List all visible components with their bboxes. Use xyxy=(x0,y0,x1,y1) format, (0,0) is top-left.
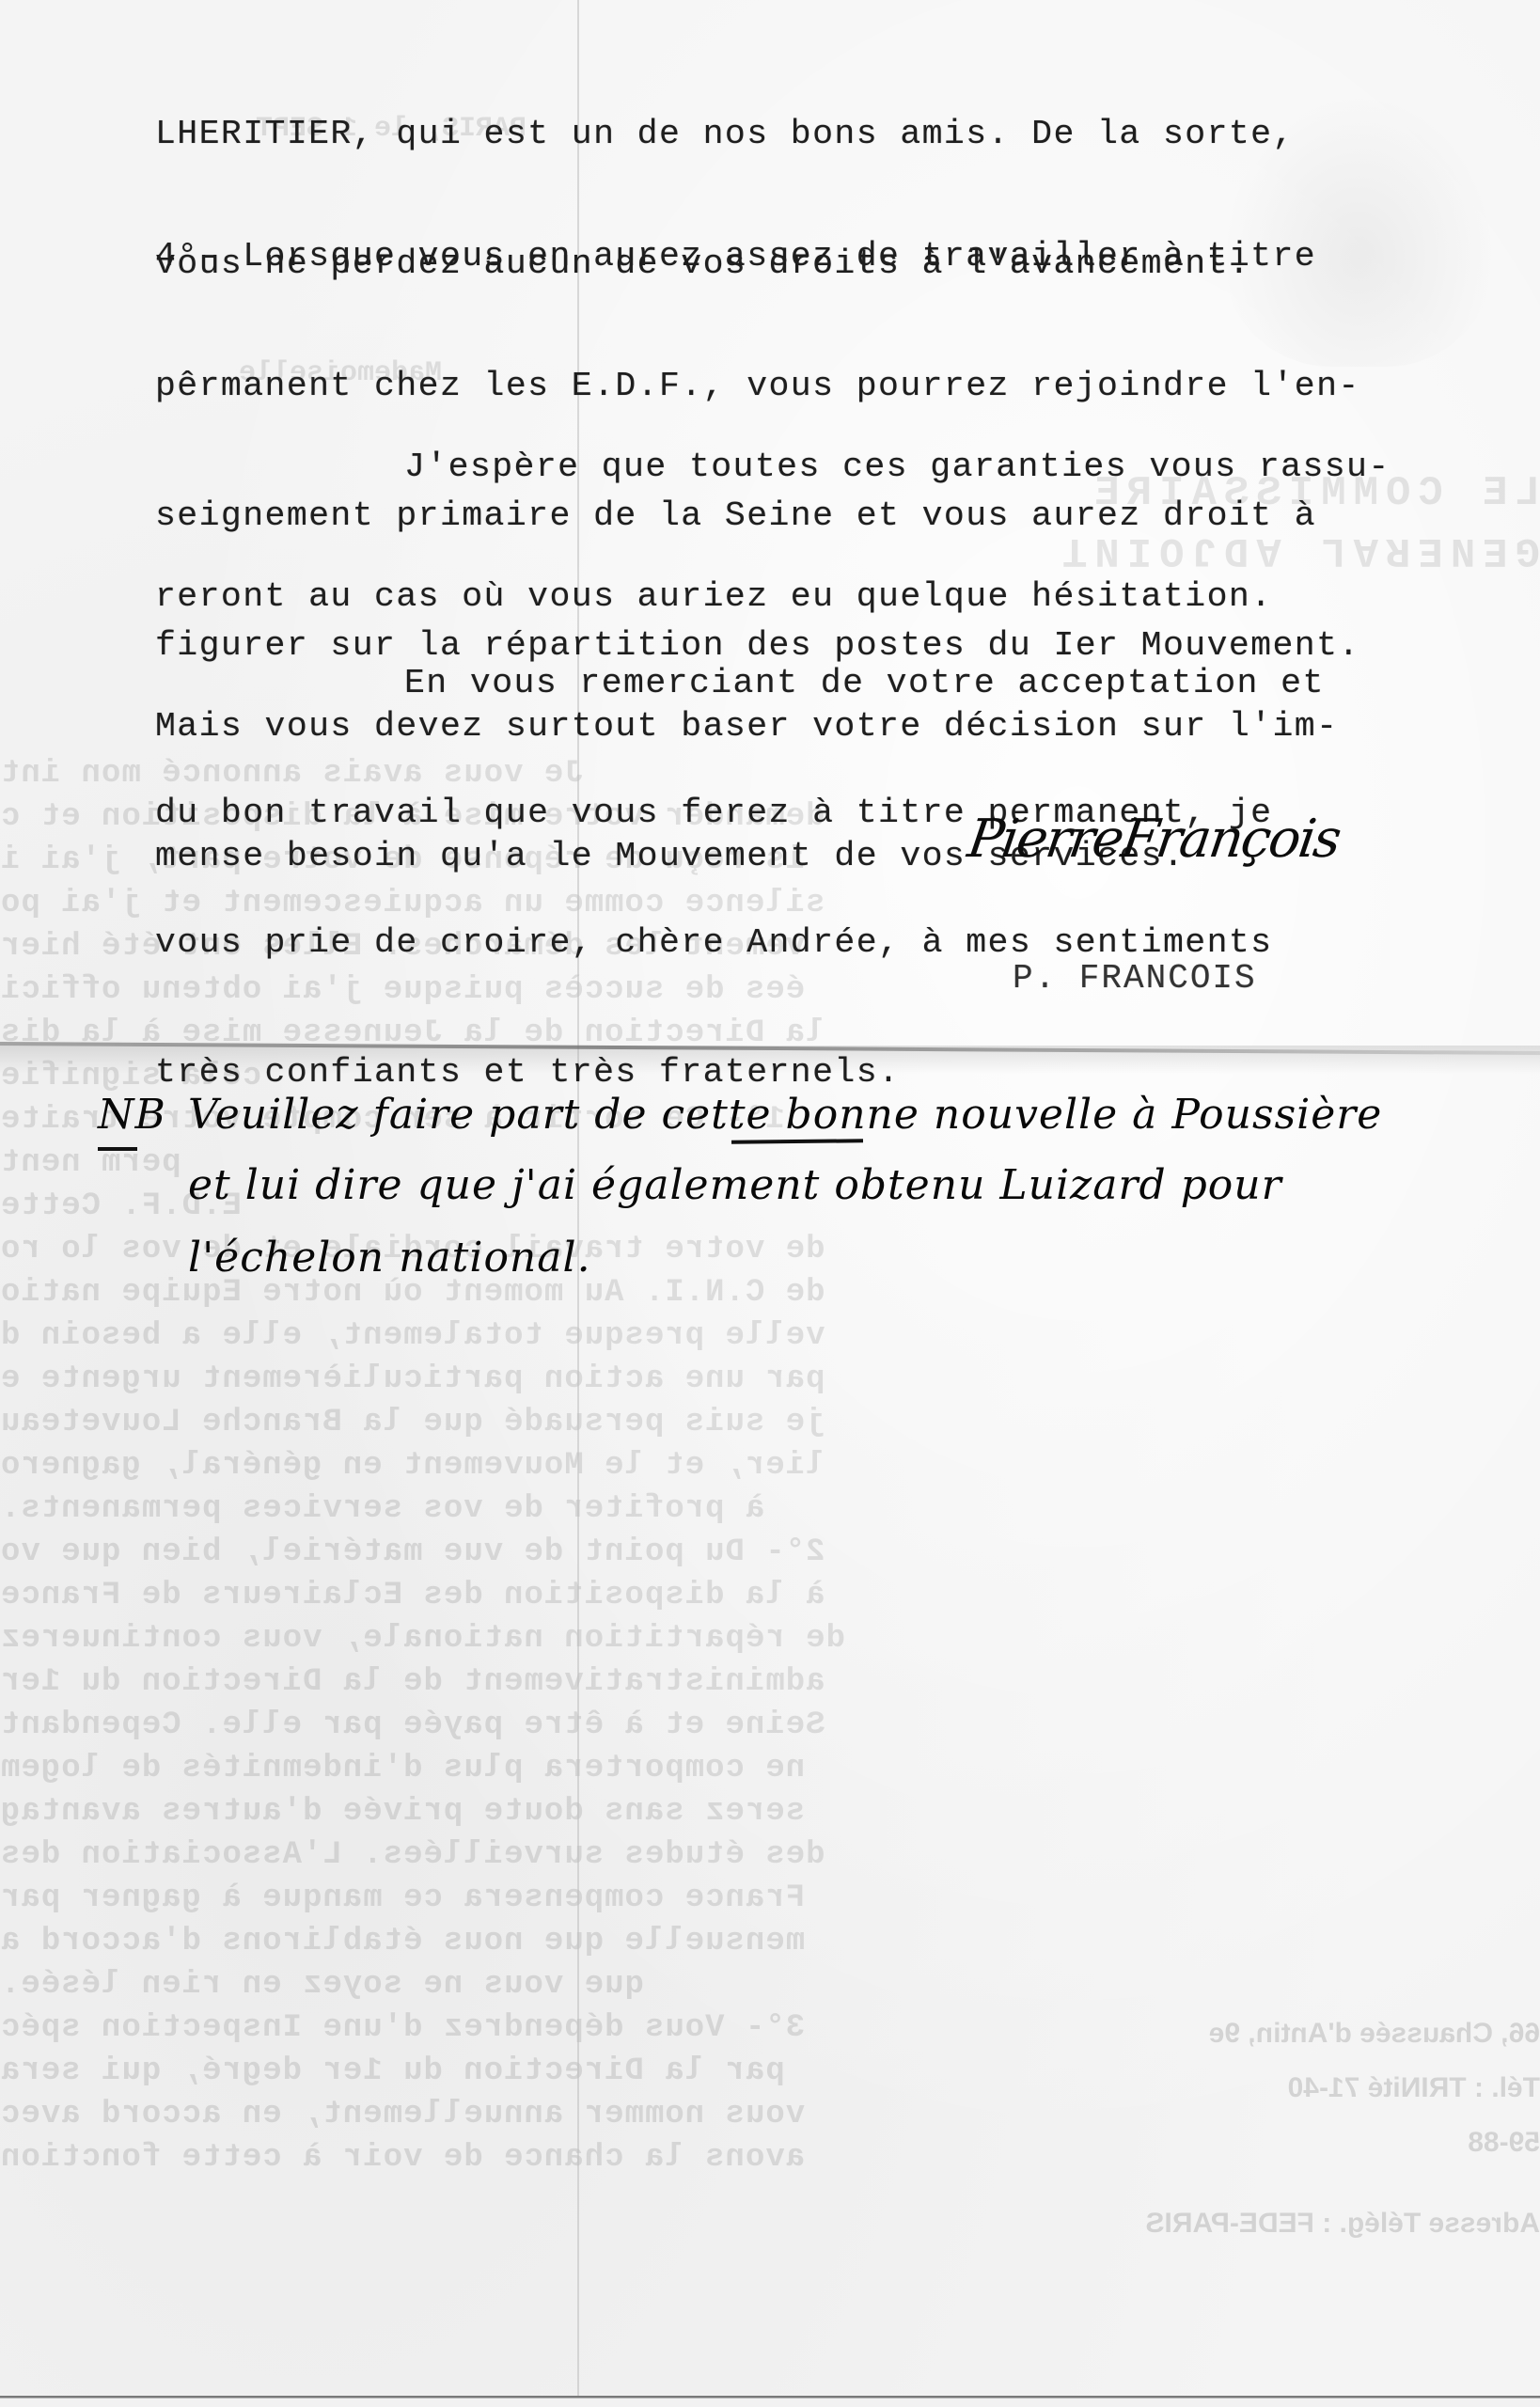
show-through-line: que vous ne soyez en rien lésée. xyxy=(0,1963,1025,2006)
show-through-line: velle presque totalement, elle a besoin … xyxy=(0,1314,1025,1358)
show-through-line: 3°- Vous dépendrez d'une Inspection spéc xyxy=(0,2006,1025,2050)
show-through-line: vous nommer annuellement, en accord avec xyxy=(0,2093,1025,2136)
postscript-line: Veuillez faire part de cette bonne nouve… xyxy=(188,1091,1382,1139)
show-through-address: 66, Chaussée d'Antin, 9eTél. : TRINité 7… xyxy=(1015,2012,1540,2257)
show-through-address-line: Adresse Télég. : FEDE-PARIS xyxy=(1015,2202,1540,2245)
show-through-line: France compensera ce manque à gagner par xyxy=(0,1877,1025,1920)
postscript-label-underline xyxy=(98,1147,137,1151)
show-through-line: serez sans doute privée d'autres avantag xyxy=(0,1790,1025,1833)
show-through-line: administrativement de la Direction du 1e… xyxy=(0,1660,1025,1704)
postscript-line: l'échelon national. xyxy=(188,1234,591,1282)
show-through-line: à la disposition des Eclaireurs de Franc… xyxy=(0,1574,1025,1617)
show-through-line: à profiter de vos services permanents. xyxy=(0,1487,1025,1531)
show-through-address-line: Tél. : TRINité 71-40 xyxy=(1015,2067,1540,2110)
show-through-line: je suis persuadé que la Branche Louvetea… xyxy=(0,1401,1025,1444)
postscript-label: NB xyxy=(98,1091,166,1139)
show-through-line: 2°- Du point de vue matériel, bien que v… xyxy=(0,1531,1025,1574)
show-through-line: lier, et le Mouvement en général, gagner… xyxy=(0,1444,1025,1487)
show-through-address-line: 59-88 xyxy=(1015,2121,1540,2164)
text-line: J'espère que toutes ces garanties vous r… xyxy=(155,446,1391,489)
show-through-line: mensuelle que nous établirons d'accord a xyxy=(0,1920,1025,1963)
show-through-line: par la Direction du 1er degré, qui sera xyxy=(0,2050,1025,2093)
show-through-line: des études surveillées. L'Association de… xyxy=(0,1833,1025,1877)
show-through-line: avons la chance de voir à cette fonction xyxy=(0,2136,1025,2179)
paper-bottom-edge xyxy=(0,2396,1540,2407)
handwritten-signature: PierreFrançois xyxy=(964,809,1343,870)
postscript-line: et lui dire que j'ai également obtenu Lu… xyxy=(188,1161,1282,1209)
text-line: En vous remerciant de votre acceptation … xyxy=(155,662,1325,705)
show-through-address-line: 66, Chaussée d'Antin, 9e xyxy=(1015,2012,1540,2055)
show-through-line: de répartition nationale, vous continuer… xyxy=(0,1617,1025,1660)
text-line: très confiants et très fraternels. xyxy=(155,1051,1325,1094)
text-line: 4°- Lorsque vous en aurez assez de trava… xyxy=(155,235,1360,278)
show-through-line: Seine et à être payée par elle. Cependan… xyxy=(0,1704,1025,1747)
show-through-line: ne comportera plus d'indemnités de logem xyxy=(0,1747,1025,1790)
show-through-line: par une action particulièrement urgente … xyxy=(0,1358,1025,1401)
typed-signatory-name: P. FRANCOIS xyxy=(1013,957,1257,1000)
